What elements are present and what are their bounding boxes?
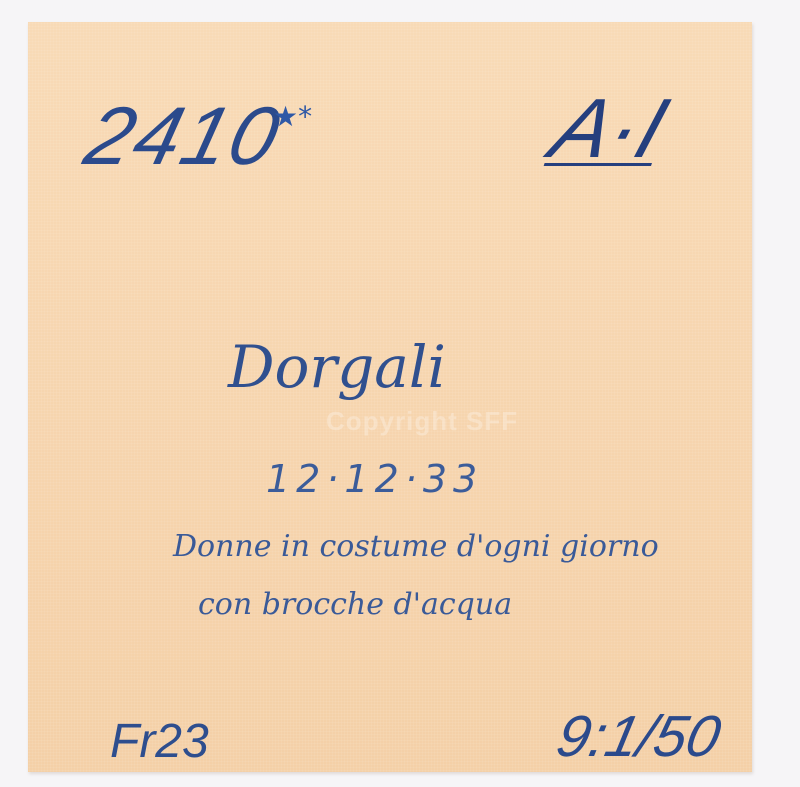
- description-line-2: con brocche d'acqua: [198, 590, 512, 620]
- exposure-setting: 9:1/50: [552, 708, 726, 766]
- index-card: 2410 ★* A·I Dorgali Copyright SFF 12·12·…: [28, 22, 752, 772]
- reference-code: Fr23: [110, 718, 209, 766]
- scan-background: 2410 ★* A·I Dorgali Copyright SFF 12·12·…: [0, 0, 800, 787]
- place-name: Dorgali: [228, 338, 446, 396]
- date: 12·12·33: [266, 460, 483, 498]
- catalog-number: 2410: [78, 96, 289, 178]
- series-code: A·I: [542, 86, 677, 170]
- star-marks-icon: ★*: [273, 100, 312, 133]
- description-line-1: Donne in costume d'ogni giorno: [173, 532, 659, 562]
- copyright-watermark: Copyright SFF: [326, 406, 518, 437]
